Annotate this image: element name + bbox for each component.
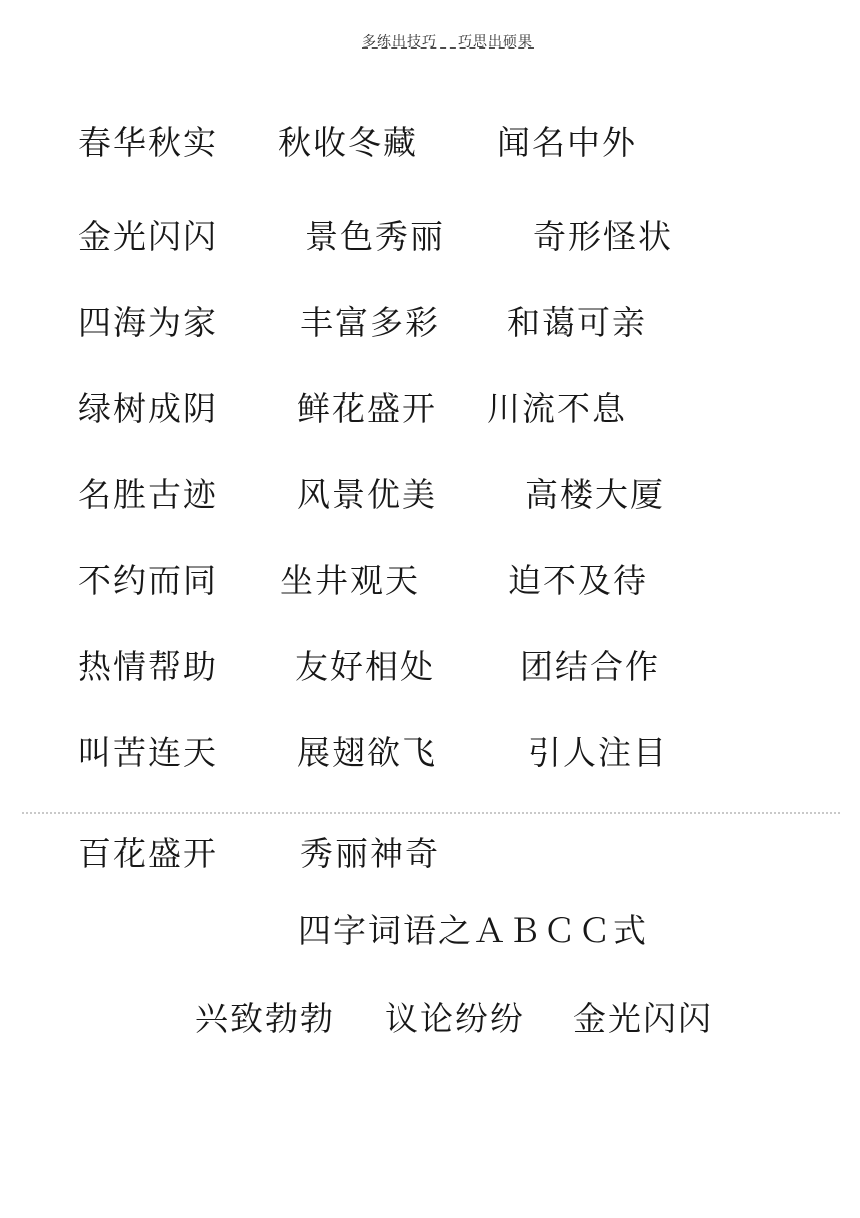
idiom: 热情帮助: [78, 651, 218, 685]
idiom: 秋收冬藏: [278, 127, 418, 161]
idiom: 金光闪闪: [573, 1003, 713, 1037]
header-dashed-underline: [362, 47, 534, 49]
idiom: 风景优美: [297, 479, 437, 513]
idiom: 坐井观天: [280, 565, 420, 599]
idiom: 金光闪闪: [78, 221, 218, 255]
idiom: 迫不及待: [508, 565, 648, 599]
idiom: 友好相处: [295, 651, 435, 685]
idiom: 秀丽神奇: [300, 838, 440, 872]
idiom: 引人注目: [528, 737, 668, 771]
idiom: 百花盛开: [78, 838, 218, 872]
idiom: 四海为家: [78, 307, 218, 341]
idiom: 春华秋实: [78, 127, 218, 161]
worksheet-page: 多练出技巧 巧思出硕果 春华秋实 秋收冬藏 闻名中外 金光闪闪 景色秀丽 奇形怪…: [0, 0, 860, 1218]
dotted-page-separator: [22, 812, 840, 814]
idiom: 不约而同: [78, 565, 218, 599]
idiom: 展翅欲飞: [297, 737, 437, 771]
idiom: 鲜花盛开: [297, 393, 437, 427]
idiom: 叫苦连天: [78, 737, 218, 771]
idiom: 和蔼可亲: [507, 307, 647, 341]
idiom: 景色秀丽: [305, 221, 445, 255]
idiom: 高楼大厦: [525, 479, 665, 513]
idiom: 议论纷纷: [385, 1003, 525, 1037]
idiom: 兴致勃勃: [195, 1003, 335, 1037]
idiom: 奇形怪状: [533, 221, 673, 255]
idiom: 团结合作: [520, 651, 660, 685]
idiom: 名胜古迹: [78, 479, 218, 513]
idiom: 闻名中外: [497, 127, 637, 161]
section-heading-abcc: 四字词语之ＡＢＣＣ式: [298, 915, 648, 949]
idiom: 丰富多彩: [300, 307, 440, 341]
idiom: 川流不息: [487, 393, 627, 427]
idiom: 绿树成阴: [78, 393, 218, 427]
